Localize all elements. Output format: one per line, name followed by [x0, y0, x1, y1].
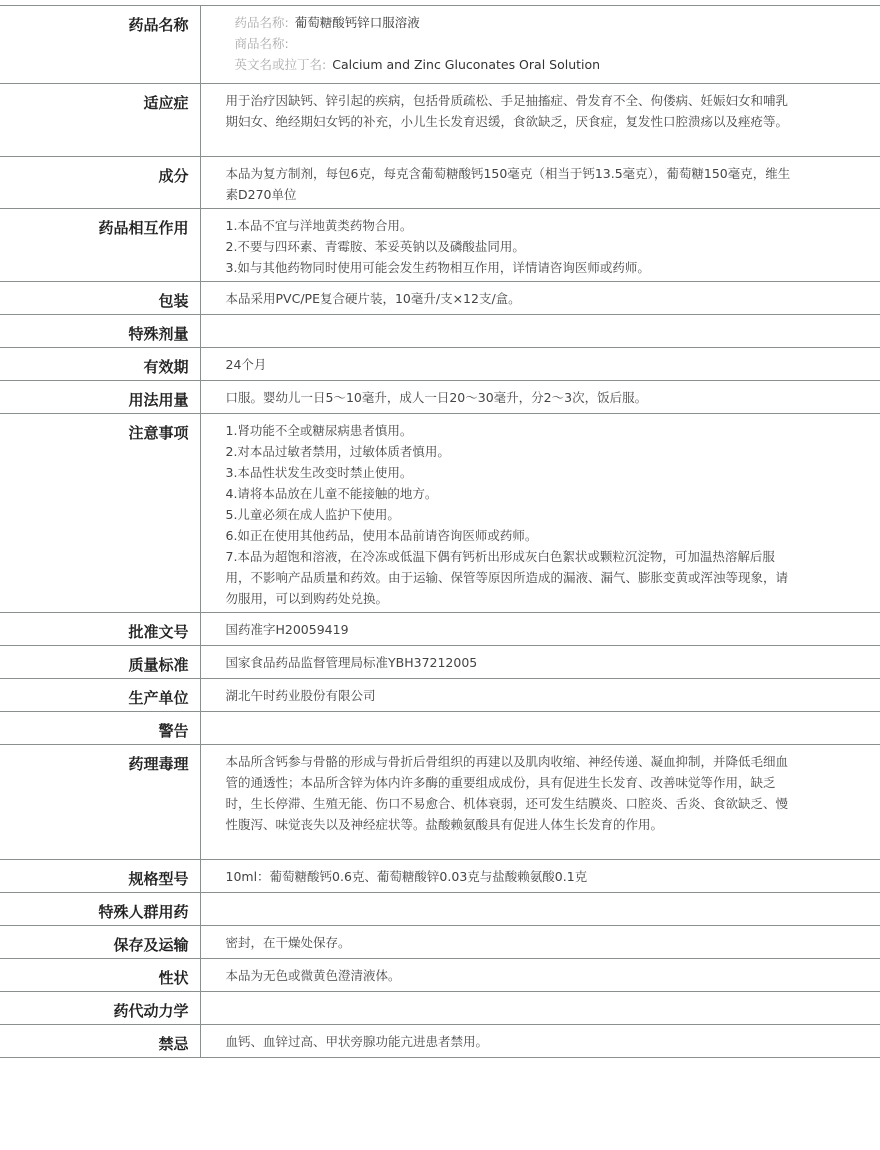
- value-line: 用于治疗因缺钙、锌引起的疾病，包括骨质疏松、手足抽搐症、骨发育不全、佝偻病、妊娠…: [226, 90, 791, 132]
- value-line: 本品采用PVC/PE复合硬片装，10毫升/支×12支/盒。: [226, 288, 791, 309]
- field-label: 规格型号: [0, 860, 200, 893]
- value-line: 国药准字H20059419: [226, 619, 791, 640]
- spec-row: 特殊剂量: [0, 315, 880, 348]
- field-label: 药品相互作用: [0, 209, 200, 282]
- field-value: 用于治疗因缺钙、锌引起的疾病，包括骨质疏松、手足抽搐症、骨发育不全、佝偻病、妊娠…: [200, 84, 880, 157]
- field-label: 药代动力学: [0, 992, 200, 1025]
- value-line: 湖北午时药业股份有限公司: [226, 685, 791, 706]
- value-line: 7.本品为超饱和溶液，在冷冻或低温下偶有钙析出形成灰白色絮状或颗粒沉淀物，可加温…: [226, 546, 791, 609]
- spec-row: 性状本品为无色或微黄色澄清液体。: [0, 959, 880, 992]
- name-fields: 药品名称:葡萄糖酸钙锌口服溶液商品名称:英文名或拉丁名:Calcium and …: [226, 12, 880, 75]
- spec-row: 有效期24个月: [0, 348, 880, 381]
- field-value: 1.本品不宜与洋地黄类药物合用。2.不要与四环素、青霉胺、苯妥英钠以及磷酸盐同用…: [200, 209, 880, 282]
- field-label: 生产单位: [0, 679, 200, 712]
- spec-row: 警告: [0, 712, 880, 745]
- spec-row: 注意事项1.肾功能不全或糖尿病患者慎用。2.对本品过敏者禁用，过敏体质者慎用。3…: [0, 414, 880, 613]
- value-line: 1.本品不宜与洋地黄类药物合用。: [226, 215, 791, 236]
- spec-row: 特殊人群用药: [0, 893, 880, 926]
- spec-row: 包装本品采用PVC/PE复合硬片装，10毫升/支×12支/盒。: [0, 282, 880, 315]
- value-line: 口服。婴幼儿一日5～10毫升，成人一日20～30毫升，分2～3次，饭后服。: [226, 387, 791, 408]
- name-field-label: 药品名称:: [235, 15, 289, 30]
- field-label: 用法用量: [0, 381, 200, 414]
- field-label: 保存及运输: [0, 926, 200, 959]
- name-field-value: Calcium and Zinc Gluconates Oral Solutio…: [332, 57, 600, 72]
- value-line: 密封，在干燥处保存。: [226, 932, 791, 953]
- field-label: 质量标准: [0, 646, 200, 679]
- value-line: 4.请将本品放在儿童不能接触的地方。: [226, 483, 791, 504]
- spec-row: 药品名称药品名称:葡萄糖酸钙锌口服溶液商品名称:英文名或拉丁名:Calcium …: [0, 6, 880, 84]
- value-line: 国家食品药品监督管理局标准YBH37212005: [226, 652, 791, 673]
- field-label: 特殊剂量: [0, 315, 200, 348]
- spec-row: 适应症用于治疗因缺钙、锌引起的疾病，包括骨质疏松、手足抽搐症、骨发育不全、佝偻病…: [0, 84, 880, 157]
- field-value: 1.肾功能不全或糖尿病患者慎用。2.对本品过敏者禁用，过敏体质者慎用。3.本品性…: [200, 414, 880, 613]
- spec-row: 生产单位湖北午时药业股份有限公司: [0, 679, 880, 712]
- field-label: 注意事项: [0, 414, 200, 613]
- field-label: 禁忌: [0, 1025, 200, 1058]
- field-label: 警告: [0, 712, 200, 745]
- field-value: [200, 712, 880, 745]
- spec-row: 药品相互作用1.本品不宜与洋地黄类药物合用。2.不要与四环素、青霉胺、苯妥英钠以…: [0, 209, 880, 282]
- field-label: 性状: [0, 959, 200, 992]
- field-label: 特殊人群用药: [0, 893, 200, 926]
- field-value: 国家食品药品监督管理局标准YBH37212005: [200, 646, 880, 679]
- field-value: 血钙、血锌过高、甲状旁腺功能亢进患者禁用。: [200, 1025, 880, 1058]
- value-line: 3.如与其他药物同时使用可能会发生药物相互作用，详情请咨询医师或药师。: [226, 257, 791, 278]
- spec-row: 保存及运输密封，在干燥处保存。: [0, 926, 880, 959]
- spec-row: 用法用量口服。婴幼儿一日5～10毫升，成人一日20～30毫升，分2～3次，饭后服…: [0, 381, 880, 414]
- spec-row: 规格型号10ml：葡萄糖酸钙0.6克、葡萄糖酸锌0.03克与盐酸赖氨酸0.1克: [0, 860, 880, 893]
- drug-spec-table: 药品名称药品名称:葡萄糖酸钙锌口服溶液商品名称:英文名或拉丁名:Calcium …: [0, 5, 880, 1058]
- spec-row: 药代动力学: [0, 992, 880, 1025]
- name-field-label: 英文名或拉丁名:: [235, 57, 327, 72]
- spec-row: 药理毒理本品所含钙参与骨骼的形成与骨折后骨组织的再建以及肌肉收缩、神经传递、凝血…: [0, 745, 880, 860]
- field-label: 包装: [0, 282, 200, 315]
- field-value: 本品为无色或微黄色澄清液体。: [200, 959, 880, 992]
- spec-row: 禁忌血钙、血锌过高、甲状旁腺功能亢进患者禁用。: [0, 1025, 880, 1058]
- value-line: 3.本品性状发生改变时禁止使用。: [226, 462, 791, 483]
- field-value: 本品所含钙参与骨骼的形成与骨折后骨组织的再建以及肌肉收缩、神经传递、凝血抑制，并…: [200, 745, 880, 860]
- field-value: 密封，在干燥处保存。: [200, 926, 880, 959]
- name-field-label: 商品名称:: [235, 36, 289, 51]
- name-field: 英文名或拉丁名:Calcium and Zinc Gluconates Oral…: [235, 54, 880, 75]
- value-line: 血钙、血锌过高、甲状旁腺功能亢进患者禁用。: [226, 1031, 791, 1052]
- field-value: 24个月: [200, 348, 880, 381]
- value-line: 2.对本品过敏者禁用，过敏体质者慎用。: [226, 441, 791, 462]
- field-label: 药品名称: [0, 6, 200, 84]
- field-value: 本品为复方制剂，每包6克，每克含葡萄糖酸钙150毫克（相当于钙13.5毫克），葡…: [200, 157, 880, 209]
- field-label: 药理毒理: [0, 745, 200, 860]
- field-value: 口服。婴幼儿一日5～10毫升，成人一日20～30毫升，分2～3次，饭后服。: [200, 381, 880, 414]
- field-value: [200, 992, 880, 1025]
- field-label: 批准文号: [0, 613, 200, 646]
- field-value: 本品采用PVC/PE复合硬片装，10毫升/支×12支/盒。: [200, 282, 880, 315]
- value-line: 本品所含钙参与骨骼的形成与骨折后骨组织的再建以及肌肉收缩、神经传递、凝血抑制，并…: [226, 751, 791, 835]
- value-line: 10ml：葡萄糖酸钙0.6克、葡萄糖酸锌0.03克与盐酸赖氨酸0.1克: [226, 866, 791, 887]
- name-field-value: 葡萄糖酸钙锌口服溶液: [295, 15, 420, 30]
- spec-row: 批准文号国药准字H20059419: [0, 613, 880, 646]
- field-value: [200, 893, 880, 926]
- field-value: [200, 315, 880, 348]
- name-field: 药品名称:葡萄糖酸钙锌口服溶液: [235, 12, 880, 33]
- value-line: 1.肾功能不全或糖尿病患者慎用。: [226, 420, 791, 441]
- field-value: 药品名称:葡萄糖酸钙锌口服溶液商品名称:英文名或拉丁名:Calcium and …: [200, 6, 880, 84]
- value-line: 5.儿童必须在成人监护下使用。: [226, 504, 791, 525]
- value-line: 24个月: [226, 354, 791, 375]
- name-field: 商品名称:: [235, 33, 880, 54]
- value-line: 6.如正在使用其他药品，使用本品前请咨询医师或药师。: [226, 525, 791, 546]
- field-label: 成分: [0, 157, 200, 209]
- field-value: 湖北午时药业股份有限公司: [200, 679, 880, 712]
- field-label: 有效期: [0, 348, 200, 381]
- field-value: 10ml：葡萄糖酸钙0.6克、葡萄糖酸锌0.03克与盐酸赖氨酸0.1克: [200, 860, 880, 893]
- spec-row: 质量标准国家食品药品监督管理局标准YBH37212005: [0, 646, 880, 679]
- value-line: 2.不要与四环素、青霉胺、苯妥英钠以及磷酸盐同用。: [226, 236, 791, 257]
- value-line: 本品为复方制剂，每包6克，每克含葡萄糖酸钙150毫克（相当于钙13.5毫克），葡…: [226, 163, 791, 205]
- spec-row: 成分本品为复方制剂，每包6克，每克含葡萄糖酸钙150毫克（相当于钙13.5毫克）…: [0, 157, 880, 209]
- field-value: 国药准字H20059419: [200, 613, 880, 646]
- field-label: 适应症: [0, 84, 200, 157]
- value-line: 本品为无色或微黄色澄清液体。: [226, 965, 791, 986]
